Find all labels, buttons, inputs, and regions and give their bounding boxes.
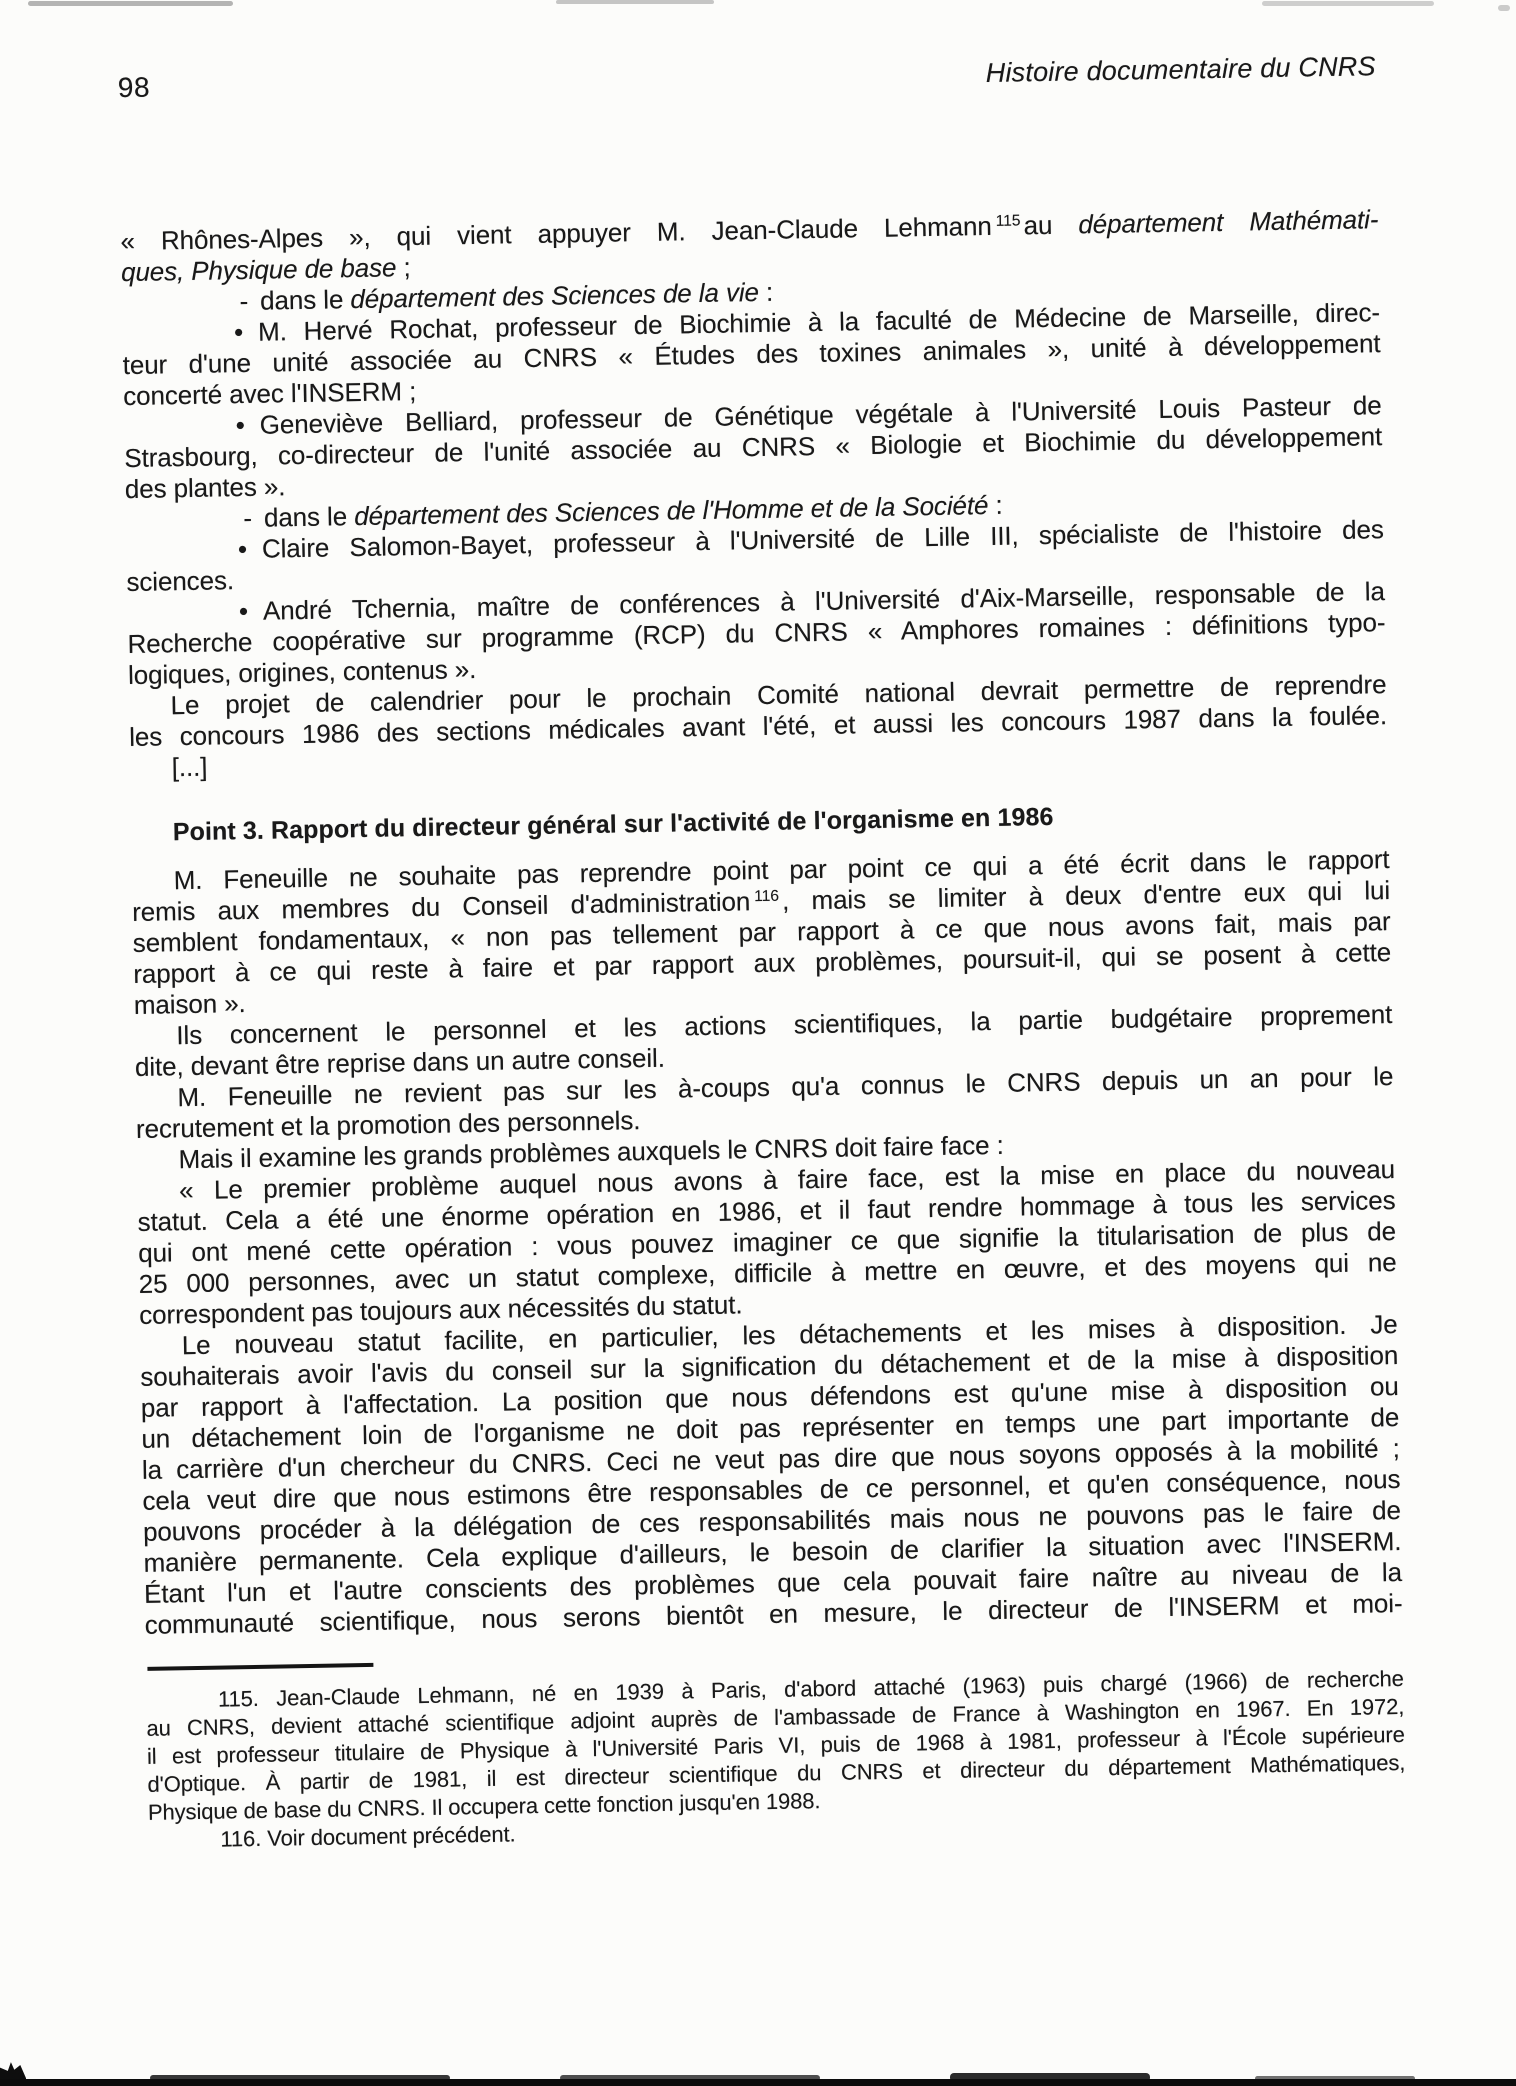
scan-artifact-top-middle <box>556 0 714 4</box>
scan-artifact-top-right <box>1262 1 1434 6</box>
page-header: 98 Histoire documentaire du CNRS <box>118 50 1376 110</box>
body-text-main: M. Feneuille ne souhaite pas reprendre p… <box>131 844 1402 1641</box>
body-text-upper: « Rhônes-Alpes », qui vient appuyer M. J… <box>120 204 1388 784</box>
page-number: 98 <box>118 72 151 105</box>
scan-artifact-bottom-bar <box>0 2079 1516 2086</box>
footnotes: 115. Jean-Claude Lehmann, né en 1939 à P… <box>146 1665 1407 1855</box>
running-title: Histoire documentaire du CNRS <box>985 51 1375 89</box>
scan-artifact-top-left <box>28 1 233 6</box>
footnote-separator-rule <box>147 1663 373 1671</box>
scanned-book-page: 98 Histoire documentaire du CNRS « Rhône… <box>0 0 1516 2086</box>
page-content: 98 Histoire documentaire du CNRS « Rhône… <box>117 36 1406 1855</box>
scan-artifact-top-corner <box>1498 5 1510 11</box>
